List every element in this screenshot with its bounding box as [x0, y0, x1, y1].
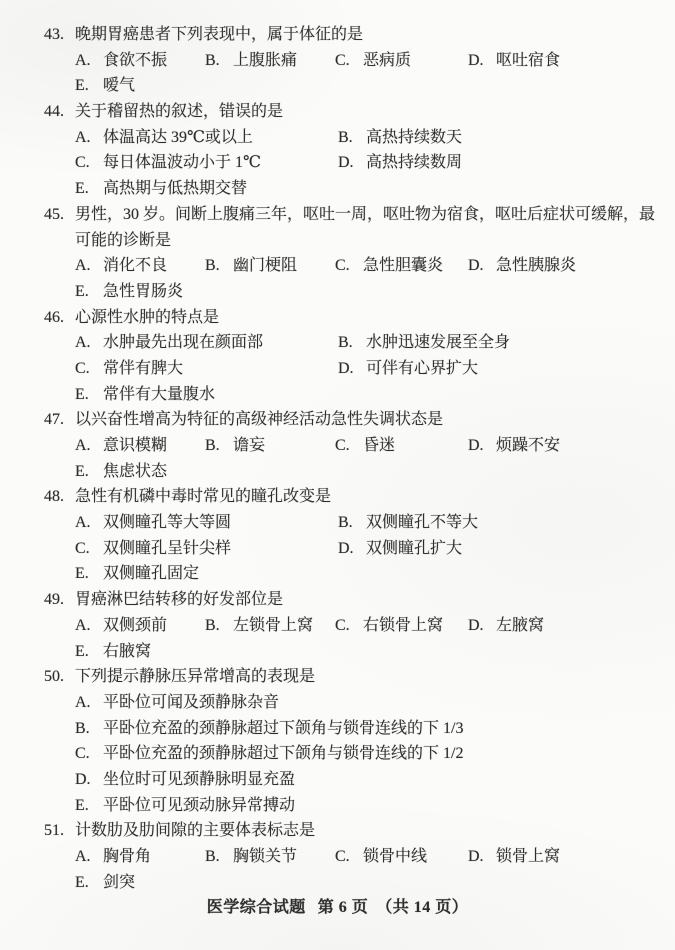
- option-row: A.消化不良B.幽门梗阻C.急性胆囊炎D.急性胰腺炎: [0, 253, 675, 279]
- option-45-B: B.幽门梗阻: [205, 253, 297, 279]
- option-46-D: D.可伴有心界扩大: [338, 356, 478, 382]
- option-letter: B.: [205, 613, 233, 639]
- question-stem-line: 48.急性有机磷中毒时常见的瞳孔改变是: [0, 484, 675, 510]
- option-48-A: A.双侧瞳孔等大等圆: [75, 510, 231, 536]
- option-letter: C.: [75, 150, 103, 176]
- option-text: 坐位时可见颈静脉明显充盈: [103, 771, 295, 788]
- option-51-E: E.剑突: [75, 870, 135, 896]
- option-text: 高热期与低热期交替: [103, 180, 247, 197]
- option-row: E.平卧位可见颈动脉异常搏动: [0, 793, 675, 819]
- option-letter: A.: [75, 330, 103, 356]
- option-49-A: A.双侧颈前: [75, 613, 167, 639]
- option-text: 幽门梗阻: [233, 257, 297, 274]
- option-row: B.平卧位充盈的颈静脉超过下颌角与锁骨连线的下 1/3: [0, 716, 675, 742]
- question-number: 43.: [44, 22, 64, 48]
- question-stem-line: 51.计数肋及肋间隙的主要体表标志是: [0, 818, 675, 844]
- option-47-E: E.焦虑状态: [75, 459, 167, 485]
- scanned-exam-page: 43.晚期胃癌患者下列表现中，属于体征的是A.食欲不振B.上腹胀痛C.恶病质D.…: [0, 0, 675, 950]
- option-letter: A.: [75, 844, 103, 870]
- question-stem-line: 43.晚期胃癌患者下列表现中，属于体征的是: [0, 22, 675, 48]
- option-letter: E.: [75, 793, 103, 819]
- option-text: 体温高达 39℃或以上: [103, 129, 253, 146]
- question-50: 50.下列提示静脉压异常增高的表现是A.平卧位可闻及颈静脉杂音B.平卧位充盈的颈…: [0, 664, 675, 818]
- option-text: 急性胃肠炎: [103, 283, 183, 300]
- option-text: 平卧位可见颈动脉异常搏动: [103, 797, 295, 814]
- option-letter: E.: [75, 382, 103, 408]
- option-row: A.意识模糊B.谵妄C.昏迷D.烦躁不安: [0, 433, 675, 459]
- option-letter: C.: [335, 844, 363, 870]
- option-row: C.每日体温波动小于 1℃D.高热持续数周: [0, 150, 675, 176]
- option-49-C: C.右锁骨上窝: [335, 613, 443, 639]
- option-text: 恶病质: [363, 52, 411, 69]
- option-45-A: A.消化不良: [75, 253, 167, 279]
- option-45-E: E.急性胃肠炎: [75, 279, 183, 305]
- option-text: 左腋窝: [496, 617, 544, 634]
- question-number: 51.: [44, 818, 64, 844]
- option-text: 双侧瞳孔扩大: [366, 540, 462, 557]
- footer-exam-title: 医学综合试题: [207, 899, 306, 916]
- option-row: E.常伴有大量腹水: [0, 382, 675, 408]
- option-50-E: E.平卧位可见颈动脉异常搏动: [75, 793, 295, 819]
- option-44-A: A.体温高达 39℃或以上: [75, 125, 253, 151]
- option-row: E.剑突: [0, 870, 675, 896]
- option-50-D: D.坐位时可见颈静脉明显充盈: [75, 767, 295, 793]
- option-row: E.急性胃肠炎: [0, 279, 675, 305]
- option-text: 双侧颈前: [103, 617, 167, 634]
- option-43-B: B.上腹胀痛: [205, 48, 297, 74]
- option-43-D: D.呕吐宿食: [468, 48, 560, 74]
- option-row: E.右腋窝: [0, 639, 675, 665]
- option-49-D: D.左腋窝: [468, 613, 544, 639]
- question-list: 43.晚期胃癌患者下列表现中，属于体征的是A.食欲不振B.上腹胀痛C.恶病质D.…: [0, 0, 675, 921]
- option-letter: C.: [75, 536, 103, 562]
- option-letter: D.: [468, 433, 496, 459]
- option-text: 剑突: [103, 874, 135, 891]
- option-text: 食欲不振: [103, 52, 167, 69]
- option-row: A.体温高达 39℃或以上B.高热持续数天: [0, 125, 675, 151]
- option-text: 锁骨中线: [363, 848, 427, 865]
- question-45: 45.男性，30 岁。间断上腹痛三年，呕吐一周，呕吐物为宿食，呕吐后症状可缓解，…: [0, 202, 675, 305]
- question-stem-line: 49.胃癌淋巴结转移的好发部位是: [0, 587, 675, 613]
- question-number: 50.: [44, 664, 64, 690]
- option-text: 双侧瞳孔固定: [103, 565, 199, 582]
- option-text: 上腹胀痛: [233, 52, 297, 69]
- option-letter: A.: [75, 433, 103, 459]
- option-row: A.胸骨角B.胸锁关节C.锁骨中线D.锁骨上窝: [0, 844, 675, 870]
- option-text: 水肿迅速发展至全身: [366, 334, 510, 351]
- option-row: C.常伴有脾大D.可伴有心界扩大: [0, 356, 675, 382]
- question-49: 49.胃癌淋巴结转移的好发部位是A.双侧颈前B.左锁骨上窝C.右锁骨上窝D.左腋…: [0, 587, 675, 664]
- question-stem-text: 晚期胃癌患者下列表现中，属于体征的是: [75, 26, 363, 43]
- option-text: 每日体温波动小于 1℃: [103, 154, 261, 171]
- option-45-C: C.急性胆囊炎: [335, 253, 443, 279]
- option-row: A.双侧瞳孔等大等圆B.双侧瞳孔不等大: [0, 510, 675, 536]
- option-letter: D.: [75, 767, 103, 793]
- option-letter: D.: [338, 356, 366, 382]
- option-letter: B.: [205, 433, 233, 459]
- option-letter: B.: [338, 510, 366, 536]
- option-text: 双侧瞳孔呈针尖样: [103, 540, 231, 557]
- question-stem-line: 45.男性，30 岁。间断上腹痛三年，呕吐一周，呕吐物为宿食，呕吐后症状可缓解，…: [0, 202, 675, 228]
- option-text: 烦躁不安: [496, 437, 560, 454]
- option-48-D: D.双侧瞳孔扩大: [338, 536, 462, 562]
- option-row: A.食欲不振B.上腹胀痛C.恶病质D.呕吐宿食: [0, 48, 675, 74]
- question-48: 48.急性有机磷中毒时常见的瞳孔改变是A.双侧瞳孔等大等圆B.双侧瞳孔不等大C.…: [0, 484, 675, 587]
- question-number: 49.: [44, 587, 64, 613]
- footer-page-count: （共 14 页）: [376, 899, 468, 916]
- option-51-A: A.胸骨角: [75, 844, 151, 870]
- option-letter: E.: [75, 561, 103, 587]
- option-45-D: D.急性胰腺炎: [468, 253, 576, 279]
- option-47-A: A.意识模糊: [75, 433, 167, 459]
- option-43-C: C.恶病质: [335, 48, 411, 74]
- question-stem-line: 47.以兴奋性增高为特征的高级神经活动急性失调状态是: [0, 407, 675, 433]
- question-number: 45.: [44, 202, 64, 228]
- question-stem-text: 计数肋及肋间隙的主要体表标志是: [75, 822, 315, 839]
- option-text: 双侧瞳孔不等大: [366, 514, 478, 531]
- option-letter: A.: [75, 125, 103, 151]
- option-text: 胸骨角: [103, 848, 151, 865]
- option-text: 呕吐宿食: [496, 52, 560, 69]
- option-46-C: C.常伴有脾大: [75, 356, 183, 382]
- option-48-B: B.双侧瞳孔不等大: [338, 510, 478, 536]
- option-letter: C.: [335, 48, 363, 74]
- option-47-B: B.谵妄: [205, 433, 265, 459]
- option-letter: B.: [338, 330, 366, 356]
- option-49-E: E.右腋窝: [75, 639, 151, 665]
- option-letter: A.: [75, 510, 103, 536]
- option-text: 谵妄: [233, 437, 265, 454]
- question-stem-line: 50.下列提示静脉压异常增高的表现是: [0, 664, 675, 690]
- option-row: C.平卧位充盈的颈静脉超过下颌角与锁骨连线的下 1/2: [0, 741, 675, 767]
- option-letter: E.: [75, 459, 103, 485]
- option-letter: E.: [75, 870, 103, 896]
- option-row: E.嗳气: [0, 73, 675, 99]
- option-row: E.高热期与低热期交替: [0, 176, 675, 202]
- option-text: 平卧位充盈的颈静脉超过下颌角与锁骨连线的下 1/3: [103, 720, 463, 737]
- option-47-D: D.烦躁不安: [468, 433, 560, 459]
- option-letter: D.: [338, 150, 366, 176]
- option-51-C: C.锁骨中线: [335, 844, 427, 870]
- option-letter: A.: [75, 48, 103, 74]
- question-number: 48.: [44, 484, 64, 510]
- option-row: E.焦虑状态: [0, 459, 675, 485]
- option-text: 右腋窝: [103, 643, 151, 660]
- option-letter: C.: [335, 433, 363, 459]
- option-text: 常伴有脾大: [103, 360, 183, 377]
- option-letter: D.: [468, 253, 496, 279]
- footer-page-number: 第 6 页: [318, 899, 369, 916]
- question-number: 44.: [44, 99, 64, 125]
- option-text: 胸锁关节: [233, 848, 297, 865]
- option-43-A: A.食欲不振: [75, 48, 167, 74]
- question-stem-text: 胃癌淋巴结转移的好发部位是: [75, 591, 283, 608]
- option-text: 急性胆囊炎: [363, 257, 443, 274]
- question-stem-text: 关于稽留热的叙述，错误的是: [75, 103, 283, 120]
- option-50-C: C.平卧位充盈的颈静脉超过下颌角与锁骨连线的下 1/2: [75, 741, 463, 767]
- option-text: 意识模糊: [103, 437, 167, 454]
- option-text: 双侧瞳孔等大等圆: [103, 514, 231, 531]
- question-stem-text: 下列提示静脉压异常增高的表现是: [75, 668, 315, 685]
- option-text: 高热持续数天: [366, 129, 462, 146]
- option-text: 可伴有心界扩大: [366, 360, 478, 377]
- option-44-D: D.高热持续数周: [338, 150, 462, 176]
- option-letter: B.: [205, 253, 233, 279]
- option-letter: E.: [75, 73, 103, 99]
- option-text: 平卧位充盈的颈静脉超过下颌角与锁骨连线的下 1/2: [103, 745, 463, 762]
- option-text: 平卧位可闻及颈静脉杂音: [103, 694, 279, 711]
- option-48-E: E.双侧瞳孔固定: [75, 561, 199, 587]
- option-50-B: B.平卧位充盈的颈静脉超过下颌角与锁骨连线的下 1/3: [75, 716, 463, 742]
- option-text: 锁骨上窝: [496, 848, 560, 865]
- option-row: E.双侧瞳孔固定: [0, 561, 675, 587]
- question-44: 44.关于稽留热的叙述，错误的是A.体温高达 39℃或以上B.高热持续数天C.每…: [0, 99, 675, 202]
- option-text: 常伴有大量腹水: [103, 386, 215, 403]
- question-stem-text: 心源性水肿的特点是: [75, 309, 219, 326]
- option-51-D: D.锁骨上窝: [468, 844, 560, 870]
- option-row: A.双侧颈前B.左锁骨上窝C.右锁骨上窝D.左腋窝: [0, 613, 675, 639]
- option-49-B: B.左锁骨上窝: [205, 613, 313, 639]
- option-text: 水肿最先出现在颜面部: [103, 334, 263, 351]
- option-row: C.双侧瞳孔呈针尖样D.双侧瞳孔扩大: [0, 536, 675, 562]
- option-letter: A.: [75, 253, 103, 279]
- option-text: 嗳气: [103, 77, 135, 94]
- option-44-B: B.高热持续数天: [338, 125, 462, 151]
- question-number: 47.: [44, 407, 64, 433]
- option-46-A: A.水肿最先出现在颜面部: [75, 330, 263, 356]
- option-letter: C.: [335, 613, 363, 639]
- option-row: A.平卧位可闻及颈静脉杂音: [0, 690, 675, 716]
- option-letter: A.: [75, 613, 103, 639]
- option-letter: C.: [335, 253, 363, 279]
- option-letter: D.: [468, 48, 496, 74]
- question-stem-line: 46.心源性水肿的特点是: [0, 305, 675, 331]
- option-letter: D.: [338, 536, 366, 562]
- option-letter: D.: [468, 844, 496, 870]
- option-letter: C.: [75, 356, 103, 382]
- option-text: 昏迷: [363, 437, 395, 454]
- option-50-A: A.平卧位可闻及颈静脉杂音: [75, 690, 279, 716]
- option-47-C: C.昏迷: [335, 433, 395, 459]
- option-letter: A.: [75, 690, 103, 716]
- option-letter: B.: [75, 716, 103, 742]
- option-46-B: B.水肿迅速发展至全身: [338, 330, 510, 356]
- question-number: 46.: [44, 305, 64, 331]
- question-stem-line: 可能的诊断是: [0, 228, 675, 254]
- option-51-B: B.胸锁关节: [205, 844, 297, 870]
- option-44-C: C.每日体温波动小于 1℃: [75, 150, 261, 176]
- question-43: 43.晚期胃癌患者下列表现中，属于体征的是A.食欲不振B.上腹胀痛C.恶病质D.…: [0, 22, 675, 99]
- option-46-E: E.常伴有大量腹水: [75, 382, 215, 408]
- option-letter: B.: [338, 125, 366, 151]
- option-44-E: E.高热期与低热期交替: [75, 176, 247, 202]
- question-stem-text: 急性有机磷中毒时常见的瞳孔改变是: [75, 488, 331, 505]
- option-row: A.水肿最先出现在颜面部B.水肿迅速发展至全身: [0, 330, 675, 356]
- option-letter: B.: [205, 844, 233, 870]
- question-stem-text: 男性，30 岁。间断上腹痛三年，呕吐一周，呕吐物为宿食，呕吐后症状可缓解，最: [75, 206, 655, 223]
- question-47: 47.以兴奋性增高为特征的高级神经活动急性失调状态是A.意识模糊B.谵妄C.昏迷…: [0, 407, 675, 484]
- question-stem-text: 可能的诊断是: [75, 232, 171, 249]
- option-text: 右锁骨上窝: [363, 617, 443, 634]
- option-row: D.坐位时可见颈静脉明显充盈: [0, 767, 675, 793]
- question-51: 51.计数肋及肋间隙的主要体表标志是A.胸骨角B.胸锁关节C.锁骨中线D.锁骨上…: [0, 818, 675, 895]
- option-letter: C.: [75, 741, 103, 767]
- option-letter: B.: [205, 48, 233, 74]
- option-text: 焦虑状态: [103, 463, 167, 480]
- option-text: 高热持续数周: [366, 154, 462, 171]
- page-footer: 医学综合试题第 6 页（共 14 页）: [0, 895, 675, 921]
- option-letter: D.: [468, 613, 496, 639]
- option-letter: E.: [75, 176, 103, 202]
- option-43-E: E.嗳气: [75, 73, 135, 99]
- question-stem-line: 44.关于稽留热的叙述，错误的是: [0, 99, 675, 125]
- option-48-C: C.双侧瞳孔呈针尖样: [75, 536, 231, 562]
- option-letter: E.: [75, 279, 103, 305]
- option-letter: E.: [75, 639, 103, 665]
- option-text: 急性胰腺炎: [496, 257, 576, 274]
- option-text: 左锁骨上窝: [233, 617, 313, 634]
- question-stem-text: 以兴奋性增高为特征的高级神经活动急性失调状态是: [75, 411, 443, 428]
- question-46: 46.心源性水肿的特点是A.水肿最先出现在颜面部B.水肿迅速发展至全身C.常伴有…: [0, 305, 675, 408]
- option-text: 消化不良: [103, 257, 167, 274]
